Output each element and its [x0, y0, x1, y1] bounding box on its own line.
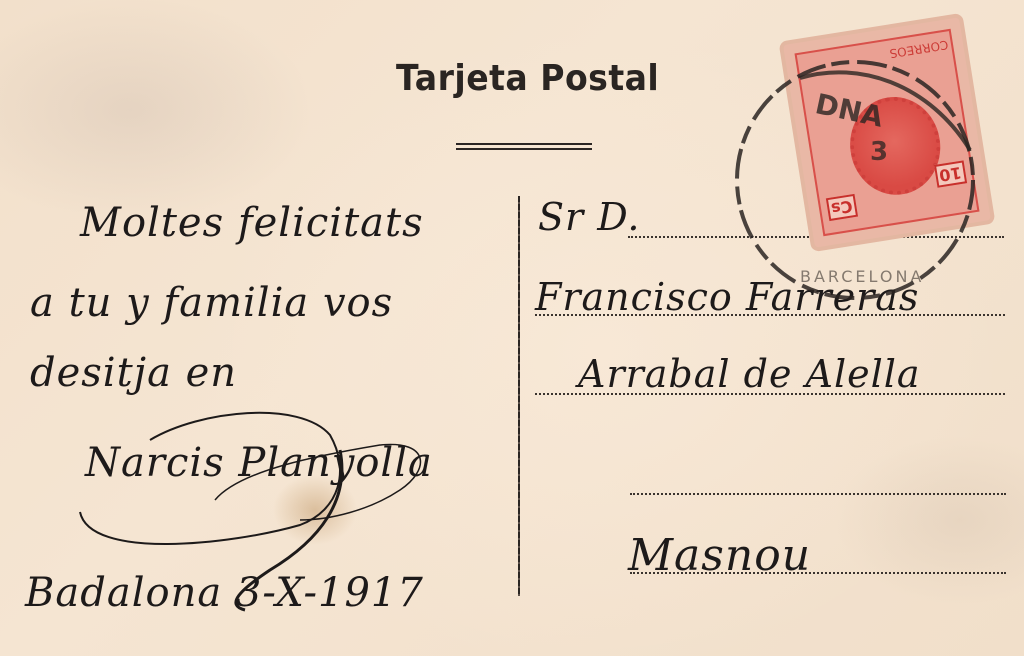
- address-name: Francisco Farreras: [535, 275, 919, 319]
- stamp-design: CORREOS Cs 10: [795, 29, 980, 236]
- center-divider: [518, 196, 520, 596]
- postcard: Tarjeta Postal Moltes felicitats a tu y …: [0, 0, 1024, 656]
- message-line-2: a tu y familia vos: [30, 280, 393, 326]
- stamp-currency: Cs: [826, 194, 859, 221]
- header-rule: [456, 143, 592, 145]
- message-line-1: Moltes felicitats: [80, 200, 424, 246]
- postcard-header: Tarjeta Postal: [396, 58, 659, 99]
- message-line-3: desitja en: [30, 350, 237, 396]
- address-street: Arrabal de Alella: [578, 352, 921, 396]
- address-city: Masnou: [628, 530, 811, 581]
- place-date: Badalona 3-X-1917: [25, 570, 424, 616]
- stamp-country: CORREOS: [889, 37, 950, 60]
- postage-stamp: CORREOS Cs 10: [783, 17, 991, 247]
- signature: Narcis Planyolla: [85, 440, 433, 486]
- header-rule: [456, 148, 592, 150]
- address-line-4: [630, 493, 1006, 495]
- address-salutation: Sr D.: [538, 195, 640, 239]
- stamp-portrait-icon: [843, 90, 947, 201]
- stamp-value: 10: [934, 160, 967, 187]
